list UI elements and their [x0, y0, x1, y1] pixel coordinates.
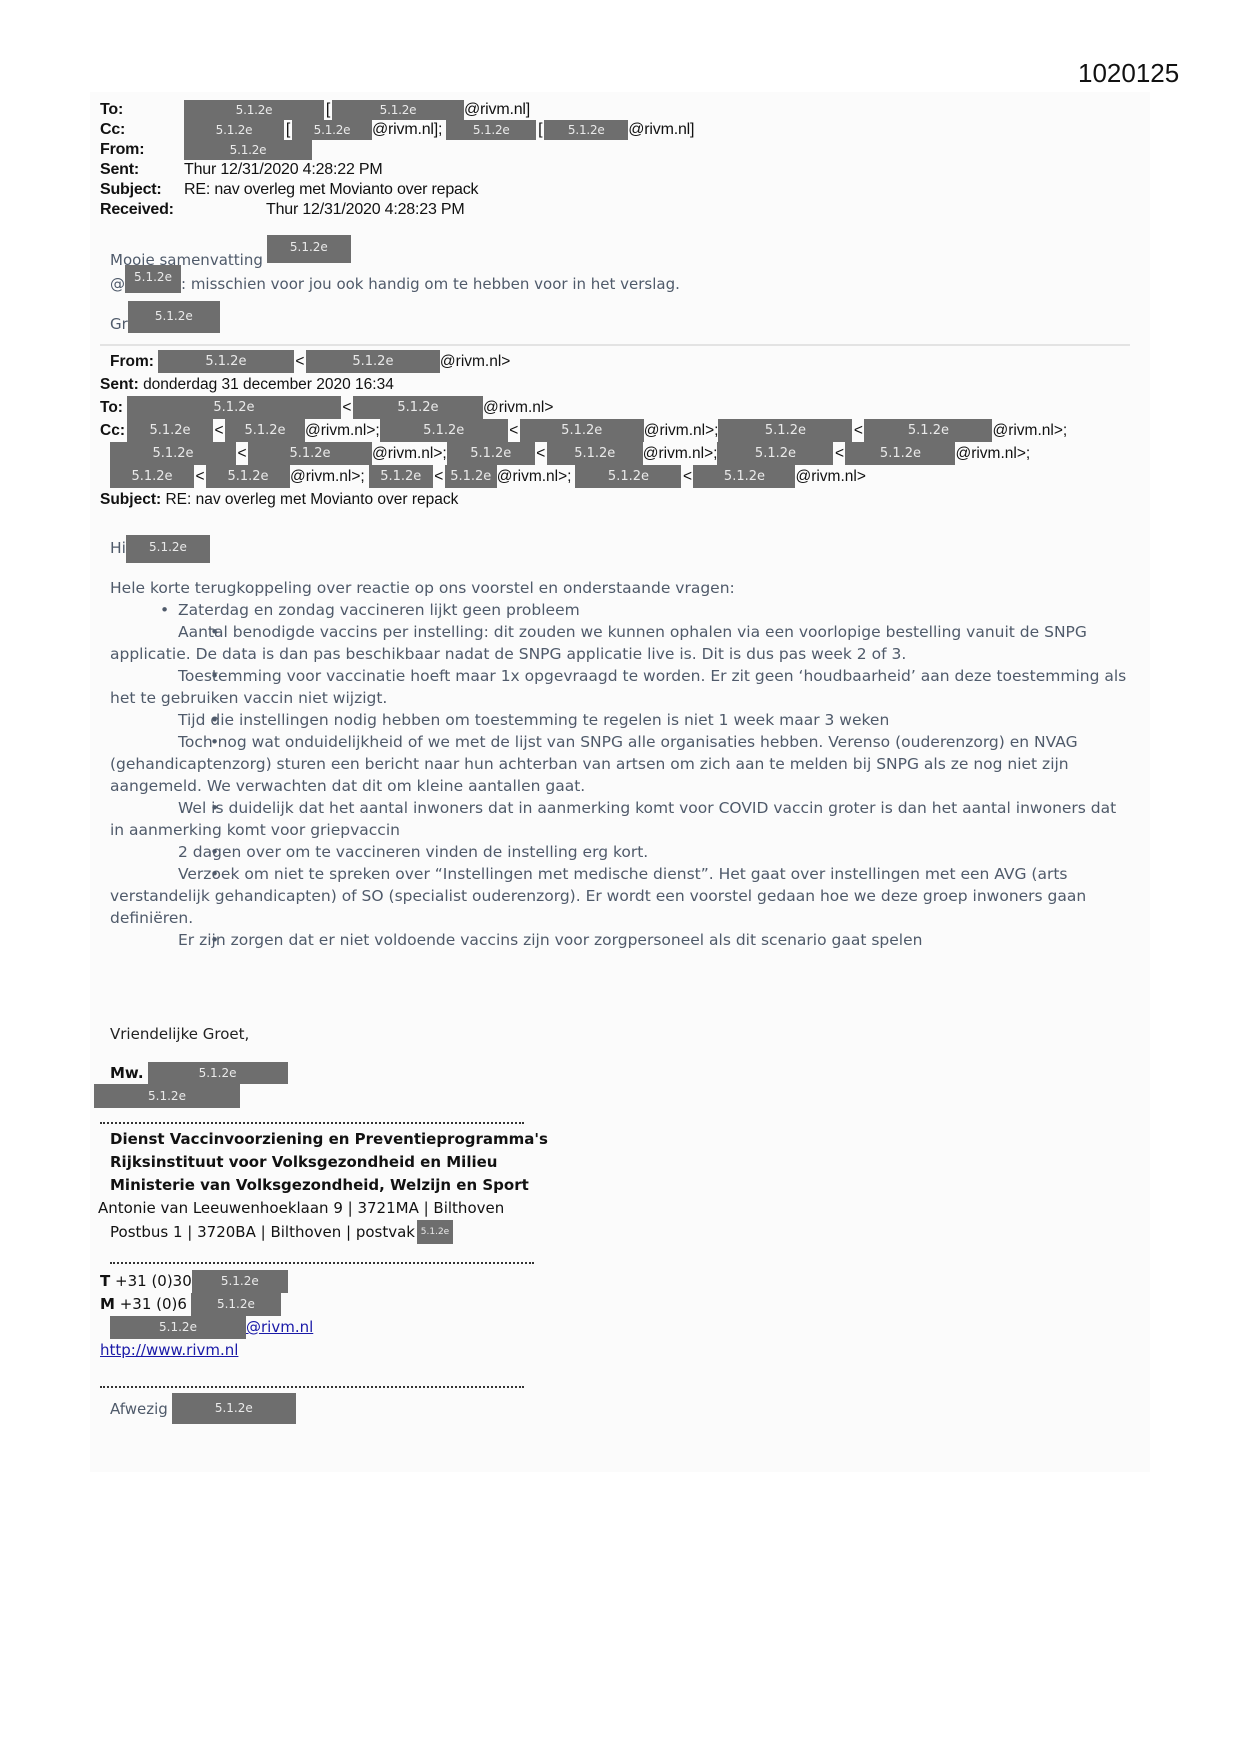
redaction: 5.1.2e — [192, 1270, 288, 1293]
received-row: Received: Thur 12/31/2020 4:28:23 PM — [100, 200, 694, 220]
subject-label: Subject: — [100, 488, 161, 511]
from-row: From: 5.1.2e < 5.1.2e @rivm.nl> — [110, 350, 1067, 373]
organization-block: Dienst Vaccinvoorziening en Preventiepro… — [110, 1128, 548, 1244]
phone-prefix: +31 (0)30 — [115, 1270, 192, 1293]
body-line: : misschien voor jou ook handig om te he… — [181, 275, 680, 293]
redaction: 5.1.2e — [520, 419, 644, 442]
redaction: 5.1.2e — [369, 465, 433, 488]
redaction: 5.1.2e — [184, 140, 312, 160]
to-suffix: @rivm.nl] — [464, 100, 530, 120]
redaction: 5.1.2e — [547, 442, 643, 465]
redaction: 5.1.2e — [332, 100, 464, 120]
list-item: •Verzoek om niet te spreken over “Instel… — [110, 863, 1130, 929]
email1-body: Mooie samenvatting 5.1.2e @ 5.1.2e : mis… — [110, 235, 680, 333]
subject-row: Subject: RE: nav overleg met Movianto ov… — [100, 180, 694, 200]
absent-label: Afwezig — [110, 1400, 168, 1418]
cc-row: Cc: 5.1.2e [ 5.1.2e @rivm.nl]; 5.1.2e [ … — [100, 120, 694, 140]
subject-value: RE: nav overleg met Movianto over repack — [165, 488, 458, 511]
redaction: 5.1.2e — [864, 419, 992, 442]
redaction: 5.1.2e — [447, 442, 535, 465]
list-item: •Er zijn zorgen dat er niet voldoende va… — [110, 929, 1130, 951]
redaction: 5.1.2e — [110, 1316, 246, 1339]
received-value: Thur 12/31/2020 4:28:23 PM — [266, 200, 465, 220]
dotted-divider — [100, 1386, 524, 1388]
redaction: 5.1.2e — [353, 396, 483, 419]
list-item: •Aantal benodigde vaccins per instelling… — [110, 621, 1130, 665]
email2-body: Hi 5.1.2e Hele korte terugkoppeling over… — [110, 535, 1130, 951]
redaction: 5.1.2e — [292, 120, 372, 140]
redaction: 5.1.2e — [94, 1084, 240, 1108]
redaction: 5.1.2e — [544, 120, 628, 140]
intro-text: Hele korte terugkoppeling over reactie o… — [110, 577, 1130, 599]
redaction: 5.1.2e — [845, 442, 955, 465]
greeting: Gr — [110, 315, 128, 333]
cc-suffix: @rivm.nl] — [628, 120, 694, 140]
redaction: 5.1.2e — [306, 350, 440, 373]
cc-label: Cc: — [100, 419, 125, 442]
redaction: 5.1.2e — [717, 442, 833, 465]
redaction: 5.1.2e — [127, 396, 341, 419]
email2-header: From: 5.1.2e < 5.1.2e @rivm.nl> Sent: do… — [100, 350, 1067, 511]
cc-row: Cc: 5.1.2e < 5.1.2e @rivm.nl>; 5.1.2e < … — [100, 419, 1067, 442]
list-item: •Toestemming voor vaccinatie hoeft maar … — [110, 665, 1130, 709]
redaction: 5.1.2e — [110, 465, 194, 488]
redaction: 5.1.2e — [380, 419, 508, 442]
contact-block: T +31 (0)30 5.1.2e M +31 (0)6 5.1.2e 5.1… — [100, 1270, 313, 1362]
redaction: 5.1.2e — [417, 1220, 453, 1244]
cc-suffix: @rivm.nl]; — [372, 120, 442, 140]
redaction: 5.1.2e — [148, 1062, 288, 1084]
redaction: 5.1.2e — [126, 535, 210, 563]
greeting: Hi — [110, 539, 126, 557]
redaction: 5.1.2e — [206, 465, 290, 488]
email-link[interactable]: @rivm.nl — [246, 1316, 313, 1339]
dotted-divider — [110, 1262, 534, 1264]
sent-label: Sent: — [100, 160, 184, 180]
redaction: 5.1.2e — [248, 442, 372, 465]
redaction: 5.1.2e — [158, 350, 294, 373]
from-row: From: 5.1.2e — [100, 140, 694, 160]
list-item: •Wel is duidelijk dat het aantal inwoner… — [110, 797, 1130, 841]
message-separator — [100, 344, 1130, 346]
feedback-list: •Zaterdag en zondag vaccineren lijkt gee… — [110, 599, 1130, 951]
from-suffix: @rivm.nl> — [440, 350, 510, 373]
sent-value: donderdag 31 december 2020 16:34 — [143, 373, 394, 396]
cc-row-3: 5.1.2e < 5.1.2e @rivm.nl>; 5.1.2e < 5.1.… — [110, 465, 1067, 488]
redaction: 5.1.2e — [128, 301, 220, 333]
subject-label: Subject: — [100, 180, 184, 200]
cc-label: Cc: — [100, 120, 184, 140]
to-label: To: — [100, 100, 184, 120]
title: Mw. — [110, 1064, 144, 1082]
redaction: 5.1.2e — [125, 265, 181, 293]
redaction: 5.1.2e — [184, 100, 324, 120]
email1-header: To: 5.1.2e [ 5.1.2e @rivm.nl] Cc: 5.1.2e… — [100, 100, 694, 220]
postbus: Postbus 1 | 3720BA | Bilthoven | postvak — [110, 1221, 415, 1244]
document-id: 1020125 — [1078, 58, 1179, 89]
from-label: From: — [110, 350, 154, 373]
redaction: 5.1.2e — [693, 465, 795, 488]
sent-row: Sent: Thur 12/31/2020 4:28:22 PM — [100, 160, 694, 180]
redaction: 5.1.2e — [718, 419, 852, 442]
address: Antonie van Leeuwenhoeklaan 9 | 3721MA |… — [98, 1197, 548, 1220]
list-item: •Tijd die instellingen nodig hebben om t… — [110, 709, 1130, 731]
subject-row: Subject: RE: nav overleg met Movianto ov… — [100, 488, 1067, 511]
mobile-label: M — [100, 1293, 115, 1316]
closing: Vriendelijke Groet, — [110, 1025, 249, 1043]
received-label: Received: — [100, 200, 184, 220]
to-row: To: 5.1.2e [ 5.1.2e @rivm.nl] — [100, 100, 694, 120]
from-label: From: — [100, 140, 184, 160]
subject-value: RE: nav overleg met Movianto over repack — [184, 180, 478, 200]
website-link[interactable]: http://www.rivm.nl — [100, 1339, 238, 1362]
list-item: •Zaterdag en zondag vaccineren lijkt gee… — [110, 599, 1130, 621]
redaction: 5.1.2e — [575, 465, 681, 488]
list-item: •2 dagen over om te vaccineren vinden de… — [110, 841, 1130, 863]
redaction: 5.1.2e — [127, 419, 213, 442]
redaction: 5.1.2e — [445, 465, 497, 488]
dotted-divider — [100, 1122, 524, 1124]
signature-name: Mw. 5.1.2e 5.1.2e — [94, 1062, 288, 1108]
absence-note: Afwezig 5.1.2e — [110, 1393, 296, 1424]
redaction: 5.1.2e — [110, 442, 236, 465]
redaction: 5.1.2e — [267, 235, 351, 263]
sent-label: Sent: — [100, 373, 139, 396]
redaction: 5.1.2e — [184, 120, 284, 140]
redaction: 5.1.2e — [225, 419, 305, 442]
sent-value: Thur 12/31/2020 4:28:22 PM — [184, 160, 383, 180]
redaction: 5.1.2e — [172, 1393, 296, 1424]
mobile-prefix: +31 (0)6 — [120, 1293, 187, 1316]
to-row: To: 5.1.2e < 5.1.2e @rivm.nl> — [100, 396, 1067, 419]
to-label: To: — [100, 396, 123, 419]
sent-row: Sent: donderdag 31 december 2020 16:34 — [100, 373, 1067, 396]
cc-row-2: 5.1.2e < 5.1.2e @rivm.nl>; 5.1.2e < 5.1.… — [110, 442, 1067, 465]
redaction: 5.1.2e — [446, 120, 536, 140]
list-item: •Toch nog wat onduidelijkheid of we met … — [110, 731, 1130, 797]
redaction: 5.1.2e — [191, 1293, 281, 1316]
phone-label: T — [100, 1270, 110, 1293]
